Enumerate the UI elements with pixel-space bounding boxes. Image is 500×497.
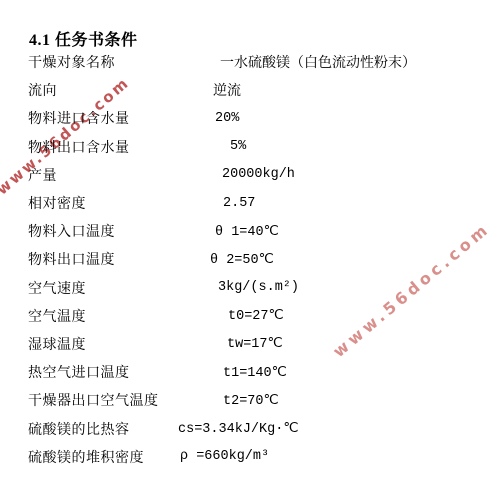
condition-value: t2=70℃	[223, 392, 279, 409]
condition-value: 20%	[215, 111, 239, 126]
conditions-list: 干燥对象名称一水硫酸镁（白色流动性粉末）流向逆流物料进口含水量20%物料出口含水…	[28, 48, 500, 471]
condition-row: 物料出口温度θ 2=50℃	[28, 245, 500, 273]
condition-row: 硫酸镁的堆积密度ρ =660kg/m³	[28, 443, 500, 471]
condition-row: 物料进口含水量20%	[28, 104, 500, 132]
condition-row: 物料出口含水量5%	[28, 133, 500, 161]
condition-value: 5%	[230, 139, 246, 154]
condition-value: t0=27℃	[228, 307, 284, 324]
condition-row: 物料入口温度θ 1=40℃	[28, 217, 500, 245]
condition-value: 3kg/(s.m²)	[218, 280, 299, 295]
condition-value: cs=3.34kJ/Kg·℃	[178, 420, 298, 437]
condition-label: 干燥对象名称	[28, 52, 212, 72]
condition-row: 干燥器出口空气温度t2=70℃	[28, 386, 500, 414]
condition-row: 热空气进口温度t1=140℃	[28, 358, 500, 386]
condition-label: 湿球温度	[28, 334, 212, 354]
condition-value: t1=140℃	[223, 364, 287, 381]
condition-label: 物料出口含水量	[28, 137, 212, 157]
condition-label: 物料出口温度	[28, 249, 212, 269]
condition-value: θ 1=40℃	[215, 223, 279, 240]
condition-row: 干燥对象名称一水硫酸镁（白色流动性粉末）	[28, 48, 500, 76]
page: www.56doc.com www.56doc.com 4.1 任务书条件 干燥…	[0, 0, 500, 497]
condition-value: 一水硫酸镁（白色流动性粉末）	[220, 52, 416, 72]
condition-row: 空气速度3kg/(s.m²)	[28, 274, 500, 302]
condition-label: 物料入口温度	[28, 221, 212, 241]
condition-row: 流向逆流	[28, 76, 500, 104]
condition-label: 热空气进口温度	[28, 362, 212, 382]
condition-label: 相对密度	[28, 193, 212, 213]
condition-label: 空气速度	[28, 278, 212, 298]
condition-label: 干燥器出口空气温度	[28, 390, 212, 410]
condition-row: 产量20000kg/h	[28, 161, 500, 189]
condition-row: 空气温度t0=27℃	[28, 302, 500, 330]
condition-value: ρ =660kg/m³	[180, 449, 269, 464]
condition-label: 产量	[28, 165, 212, 185]
document-title: 4.1 任务书条件	[29, 27, 138, 50]
condition-row: 湿球温度tw=17℃	[28, 330, 500, 358]
condition-label: 空气温度	[28, 306, 212, 326]
condition-label: 流向	[28, 80, 212, 100]
condition-value: θ 2=50℃	[210, 251, 274, 268]
condition-value: 逆流	[213, 80, 241, 100]
condition-value: 20000kg/h	[222, 167, 295, 182]
condition-value: tw=17℃	[227, 335, 283, 352]
condition-value: 2.57	[223, 196, 255, 211]
condition-row: 相对密度2.57	[28, 189, 500, 217]
condition-row: 硫酸镁的比热容cs=3.34kJ/Kg·℃	[28, 414, 500, 442]
condition-label: 物料进口含水量	[28, 108, 212, 128]
